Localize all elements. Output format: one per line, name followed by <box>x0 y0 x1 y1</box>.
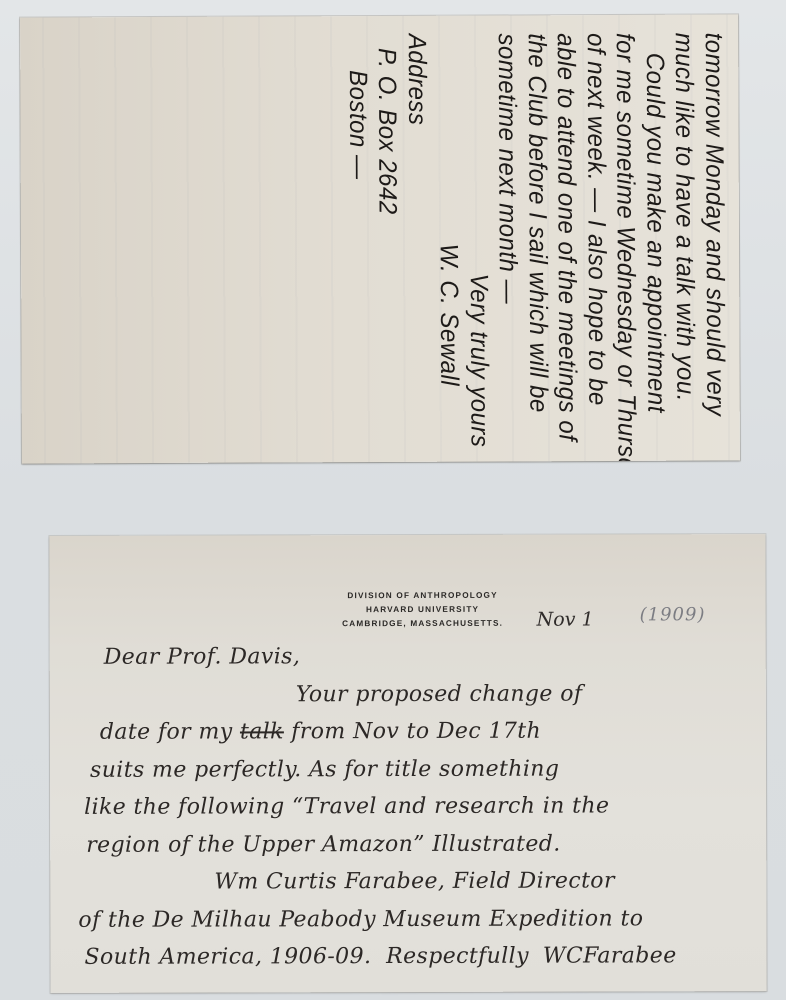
note-line: tomorrow Monday and should very <box>698 32 731 460</box>
sign-off: Respectfully <box>386 944 529 969</box>
letter-line: suits me perfectly. As for title somethi… <box>64 750 764 789</box>
letter-line: Your proposed change of <box>64 675 764 714</box>
letter-text: from Nov to Dec 17th <box>284 719 541 745</box>
note-line: able to attend one of the meetings of <box>550 33 583 461</box>
note-closing: Very truly yours <box>462 34 495 462</box>
letter-text: South America, 1906-09. <box>84 944 371 970</box>
letterhead-line: CAMBRIDGE, MASSACHUSETTS. <box>316 617 530 632</box>
letter-card-bottom: DIVISION OF ANTHROPOLOGY HARVARD UNIVERS… <box>49 534 766 993</box>
scanned-album-page: tomorrow Monday and should very much lik… <box>0 0 786 1000</box>
letterhead-line: DIVISION OF ANTHROPOLOGY <box>328 589 518 603</box>
note-signature: W. C. Sewall <box>432 34 465 462</box>
year-pencil-annotation: (1909) <box>640 604 706 625</box>
letter-text: date for my <box>100 719 240 744</box>
struck-word: talk <box>240 719 284 744</box>
note-line: the Club before I sail which will be <box>521 33 554 461</box>
note-line: much like to have a talk with you. <box>668 33 701 461</box>
letter-date: Nov 1 <box>537 609 594 631</box>
note-line: of next week. — I also hope to be <box>580 33 613 461</box>
letter-line-final: South America, 1906-09. RespectfullyWCFa… <box>64 937 764 976</box>
address-line: P. O. Box 2642 <box>371 34 404 462</box>
letter-line: date for my talk from Nov to Dec 17th <box>64 712 764 751</box>
letter-body: Dear Prof. Davis, Your proposed change o… <box>64 637 765 976</box>
letter-signature: WCFarabee <box>543 943 677 968</box>
letter-line: like the following “Travel and research … <box>64 787 764 826</box>
rotated-handwriting-block: tomorrow Monday and should very much lik… <box>20 14 740 463</box>
note-line: sometime next month — <box>491 33 524 461</box>
letter-line: Wm Curtis Farabee, Field Director <box>64 862 764 901</box>
letter-line: of the De Milhau Peabody Museum Expediti… <box>64 900 764 939</box>
letter-line: region of the Upper Amazon” Illustrated. <box>64 825 764 864</box>
handwritten-note-card-top: tomorrow Monday and should very much lik… <box>20 14 740 463</box>
address-line: Boston — <box>342 34 375 462</box>
note-line: Could you make an appointment <box>639 33 672 461</box>
note-line: for me sometime Wednesday or Thursday <box>609 33 642 461</box>
letterhead-line: HARVARD UNIVERSITY <box>328 603 518 617</box>
letterhead: DIVISION OF ANTHROPOLOGY HARVARD UNIVERS… <box>328 589 518 631</box>
salutation: Dear Prof. Davis, <box>64 637 764 676</box>
address-label: Address <box>401 34 434 462</box>
